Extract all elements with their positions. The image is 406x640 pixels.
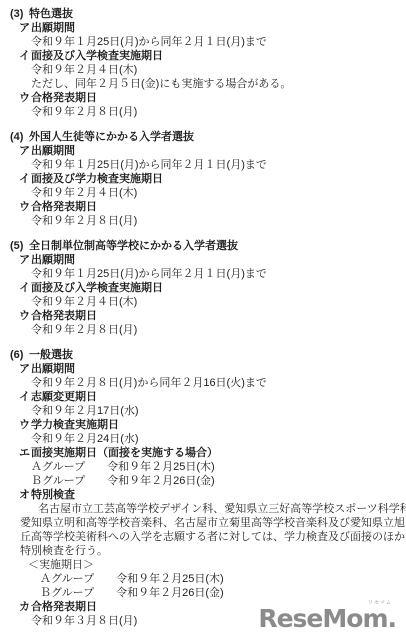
- item-marker: カ: [19, 600, 31, 614]
- item-marker: イ: [19, 172, 31, 186]
- item-detail: 令和９年１月25日(月)から同年２月１日(月)まで: [31, 35, 402, 49]
- section-title: 一般選抜: [29, 348, 73, 362]
- item-heading: 面接実施期日（面接を実施する場合）: [31, 446, 218, 460]
- item-detail: 令和９年２月４日(木): [31, 63, 402, 77]
- item-heading-row: ア出願期間: [19, 21, 402, 35]
- item-marker: ウ: [19, 200, 31, 214]
- item-heading-row: エ面接実施期日（面接を実施する場合）: [19, 446, 402, 460]
- item-heading: 合格発表期日: [31, 200, 97, 214]
- item-marker: イ: [19, 390, 31, 404]
- item-marker: ウ: [19, 309, 31, 323]
- resemom-logo: リセマム ReseMom.: [258, 606, 396, 631]
- item-heading: 特別検査: [31, 488, 75, 502]
- item-heading-row: ウ合格発表期日: [19, 91, 402, 105]
- section-header: (4)外国人生徒等にかかる入学者選抜: [10, 130, 402, 144]
- item-marker: ウ: [19, 418, 31, 432]
- item-detail: 令和９年２月８日(月): [31, 105, 402, 119]
- item-marker: イ: [19, 281, 31, 295]
- schedule-line: Ｂグループ 令和９年２月26日(金): [40, 586, 402, 600]
- section-header: (3)特色選抜: [10, 7, 402, 21]
- schedule-line: Ａグループ 令和９年２月25日(木): [40, 572, 402, 586]
- item-heading: 志願変更期日: [31, 390, 97, 404]
- item-heading: 出願期間: [31, 144, 75, 158]
- section-number: (6): [10, 348, 29, 362]
- section-6: (6)一般選抜ア出願期間令和９年２月８日(月)から同年２月16日(火)までイ志願…: [10, 348, 402, 628]
- schedule-label: ＜実施期日＞: [28, 558, 402, 572]
- item-marker: ア: [19, 144, 31, 158]
- item-heading: 出願期間: [31, 253, 75, 267]
- item-marker: エ: [19, 446, 31, 460]
- item-heading: 合格発表期日: [31, 309, 97, 323]
- item-heading: 出願期間: [31, 362, 75, 376]
- item-detail: 令和９年２月17日(水): [31, 404, 402, 418]
- item-heading-row: ウ学力検査実施期日: [19, 418, 402, 432]
- item-heading: 出願期間: [31, 21, 75, 35]
- item-heading-row: ウ合格発表期日: [19, 200, 402, 214]
- item-marker: ア: [19, 362, 31, 376]
- item-heading-row: イ面接及び入学検査実施期日: [19, 281, 402, 295]
- section-5: (5)全日制単位制高等学校にかかる入学者選抜ア出願期間令和９年１月25日(月)か…: [10, 239, 402, 337]
- item-heading: 面接及び入学検査実施期日: [31, 49, 163, 63]
- item-heading-row: ウ合格発表期日: [19, 309, 402, 323]
- section-header: (5)全日制単位制高等学校にかかる入学者選抜: [10, 239, 402, 253]
- item-paragraph-line: 丘高等学校美術科への入学を志願する者に対しては、学力検査及び面接のほかに: [20, 530, 402, 544]
- section-number: (4): [10, 130, 29, 144]
- item-heading-row: オ特別検査: [19, 488, 402, 502]
- item-heading-row: イ志願変更期日: [19, 390, 402, 404]
- item-heading-row: ア出願期間: [19, 253, 402, 267]
- item-detail: 令和９年１月25日(月)から同年２月１日(月)まで: [31, 267, 402, 281]
- section-title: 特色選抜: [29, 7, 73, 21]
- item-detail: Ａグループ 令和９年２月25日(木): [31, 460, 402, 474]
- section-header: (6)一般選抜: [10, 348, 402, 362]
- item-detail: 令和９年２月８日(月)から同年２月16日(火)まで: [31, 376, 402, 390]
- item-heading: 面接及び入学検査実施期日: [31, 281, 163, 295]
- item-heading: 面接及び学力検査実施期日: [31, 172, 163, 186]
- section-title: 全日制単位制高等学校にかかる入学者選抜: [29, 239, 238, 253]
- section-4: (4)外国人生徒等にかかる入学者選抜ア出願期間令和９年１月25日(月)から同年２…: [10, 130, 402, 228]
- section-3: (3)特色選抜ア出願期間令和９年１月25日(月)から同年２月１日(月)までイ面接…: [10, 7, 402, 119]
- section-number: (5): [10, 239, 29, 253]
- item-detail: 令和９年２月８日(月): [31, 214, 402, 228]
- item-marker: ウ: [19, 91, 31, 105]
- item-paragraph-line: 愛知県立明和高等学校音楽科、名古屋市立菊里高等学校音楽科及び愛知県立旭: [20, 516, 402, 530]
- item-heading-row: イ面接及び学力検査実施期日: [19, 172, 402, 186]
- item-detail: Ｂグループ 令和９年２月26日(金): [31, 474, 402, 488]
- section-title: 外国人生徒等にかかる入学者選抜: [29, 130, 194, 144]
- item-detail: 令和９年２月24日(水): [31, 432, 402, 446]
- resemom-logo-ruby: リセマム: [368, 601, 392, 606]
- item-heading-row: イ面接及び入学検査実施期日: [19, 49, 402, 63]
- item-detail: 令和９年２月４日(木): [31, 295, 402, 309]
- document: (3)特色選抜ア出願期間令和９年１月25日(月)から同年２月１日(月)までイ面接…: [0, 0, 406, 628]
- item-paragraph-line: 名古屋市立工芸高等学校デザイン科、愛知県立三好高等学校スポーツ科学科、: [38, 502, 402, 516]
- selection-schedule-sections: (3)特色選抜ア出願期間令和９年１月25日(月)から同年２月１日(月)までイ面接…: [10, 7, 402, 628]
- item-detail: 令和９年１月25日(月)から同年２月１日(月)まで: [31, 158, 402, 172]
- item-marker: ア: [19, 253, 31, 267]
- item-heading-row: ア出願期間: [19, 362, 402, 376]
- item-detail: 令和９年２月８日(月): [31, 323, 402, 337]
- item-marker: ア: [19, 21, 31, 35]
- item-heading: 合格発表期日: [31, 91, 97, 105]
- item-detail: ただし、同年２月５日(金)にも実施する場合がある。: [31, 77, 402, 91]
- item-heading: 合格発表期日: [31, 600, 97, 614]
- section-number: (3): [10, 7, 29, 21]
- item-marker: イ: [19, 49, 31, 63]
- item-heading: 学力検査実施期日: [31, 418, 119, 432]
- item-detail: 令和９年２月４日(木): [31, 186, 402, 200]
- item-paragraph-line: 特別検査を行う。: [20, 544, 402, 558]
- item-heading-row: ア出願期間: [19, 144, 402, 158]
- item-marker: オ: [19, 488, 31, 502]
- resemom-logo-text: ReseMom.: [258, 604, 396, 633]
